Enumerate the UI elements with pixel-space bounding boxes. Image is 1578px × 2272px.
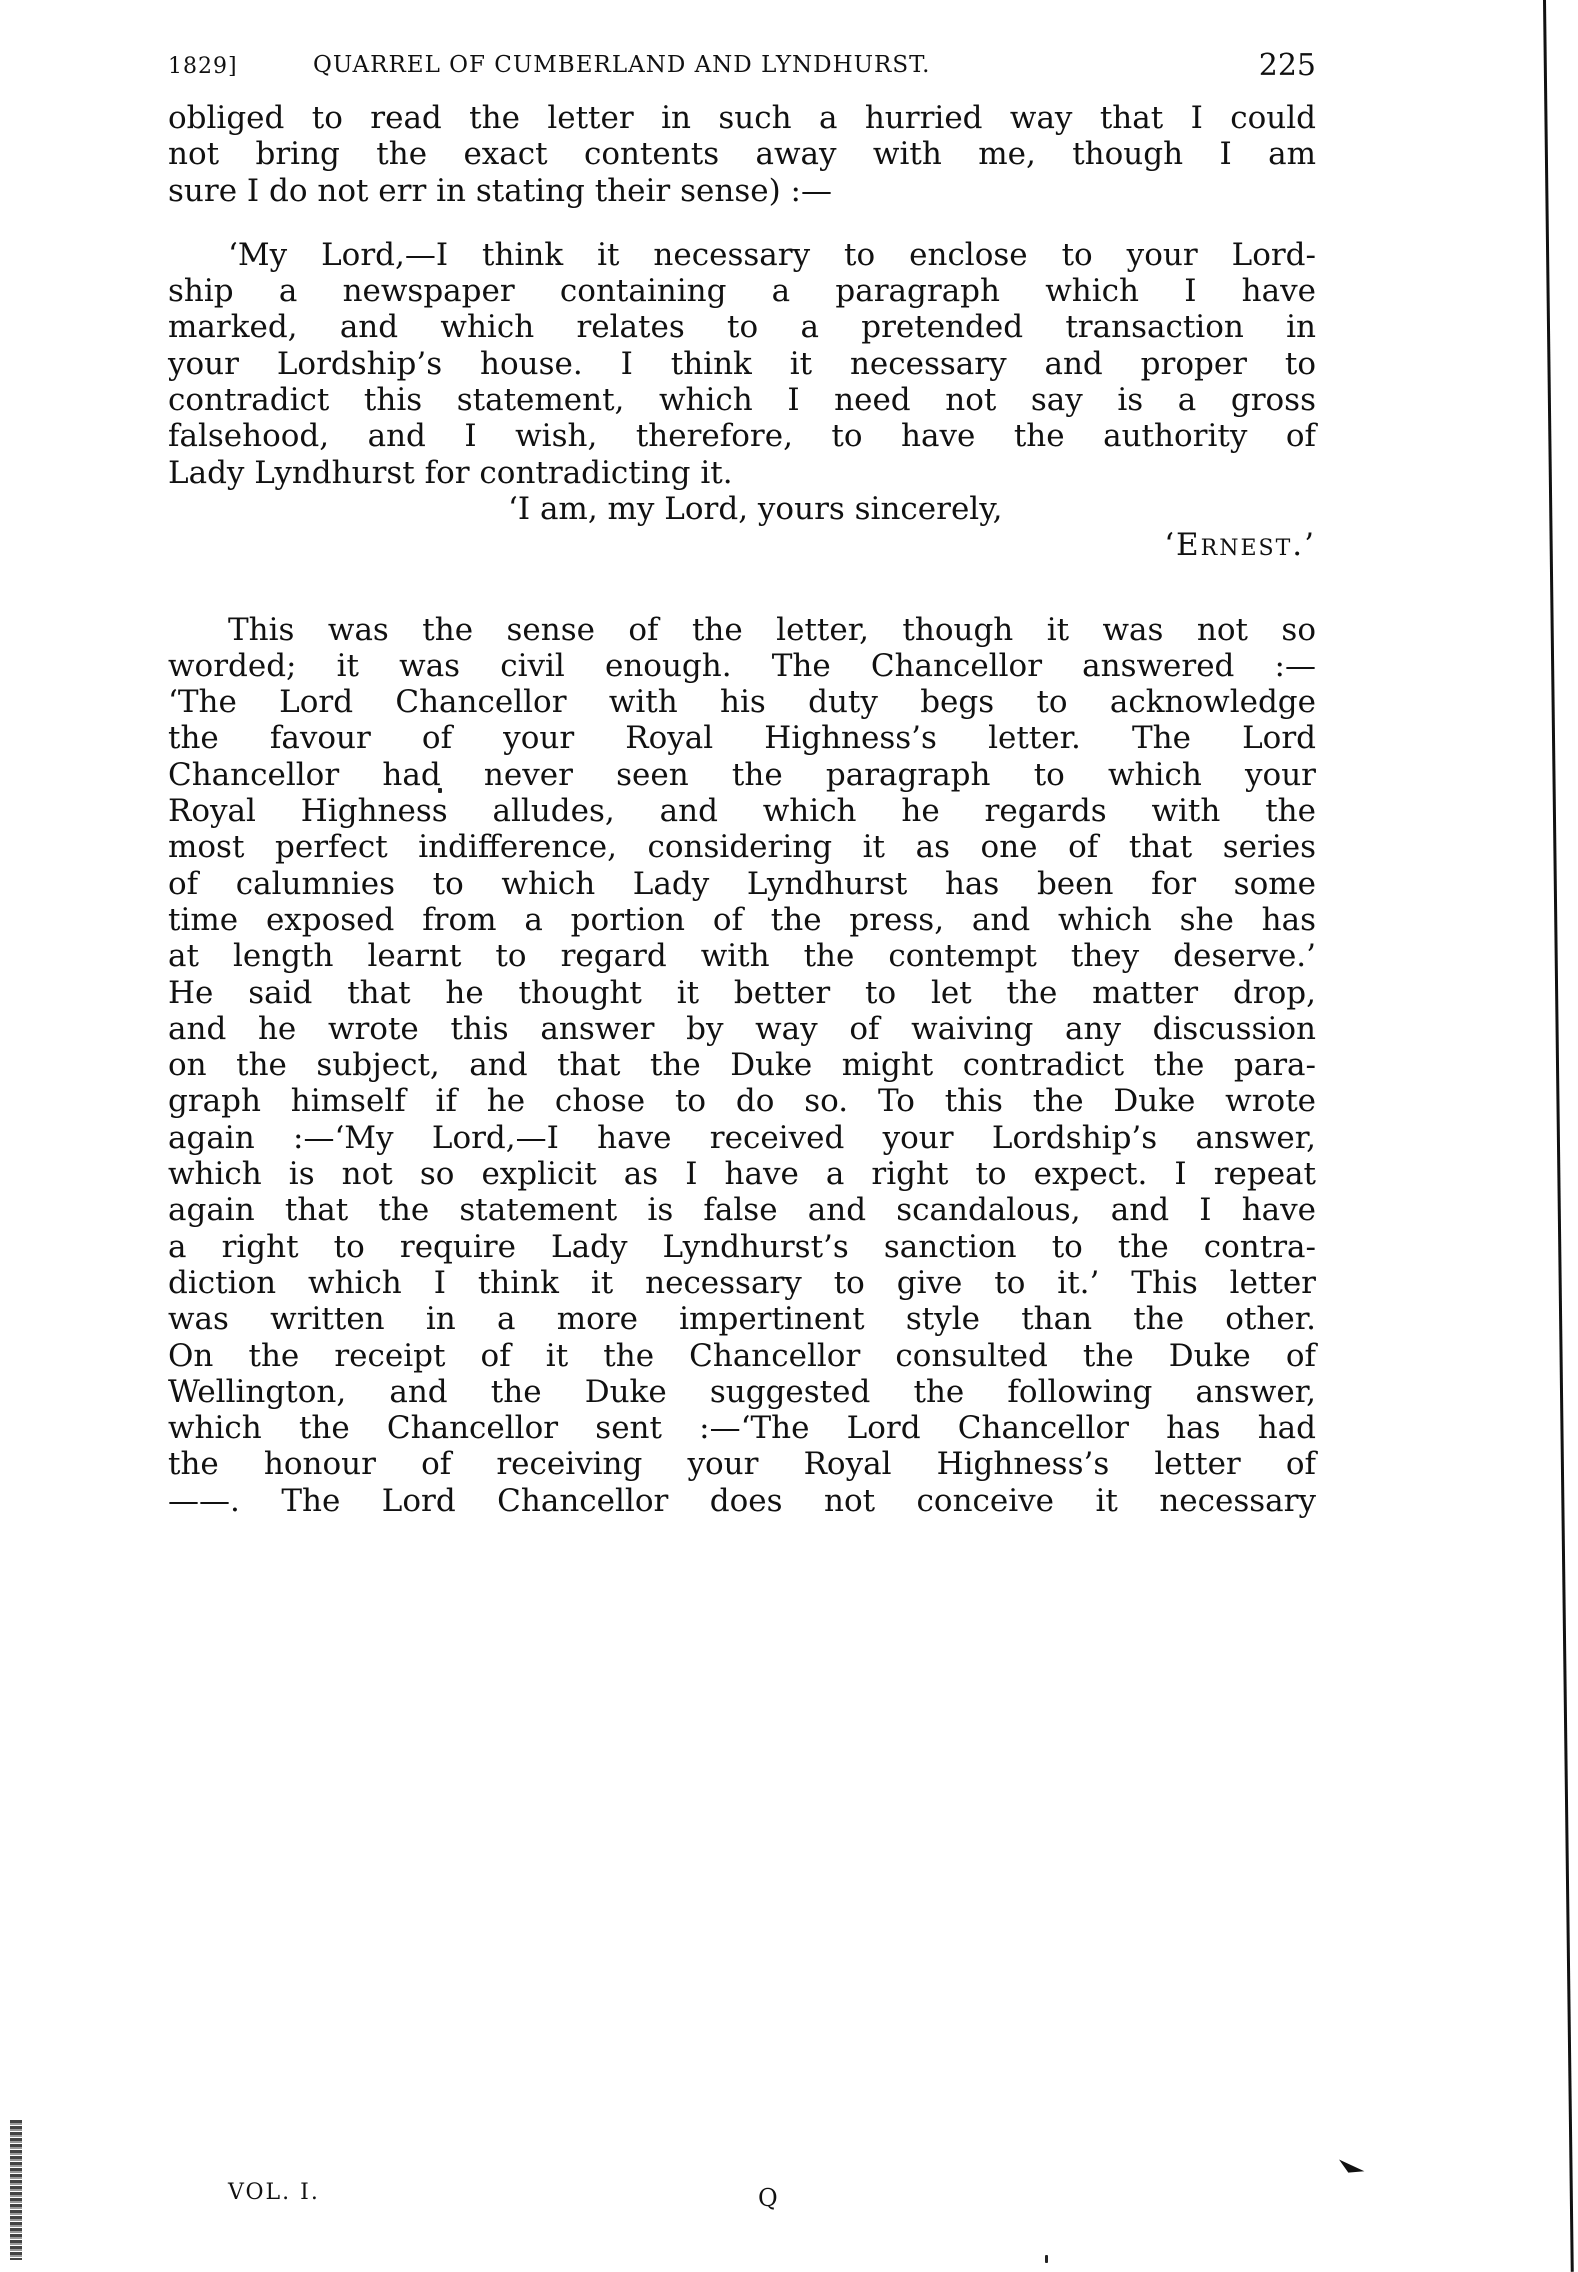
text-line: most perfect indifference, considering i… xyxy=(168,829,1316,865)
running-head: 1829] QUARREL OF CUMBERLAND AND LYNDHURS… xyxy=(168,48,1316,88)
paragraph-main: This was the sense of the letter, though… xyxy=(168,612,1316,1519)
text-line: obliged to read the letter in such a hur… xyxy=(168,100,1316,136)
text-line: the favour of your Royal Highness’s lett… xyxy=(168,720,1316,756)
paragraph-continuation: obliged to read the letter in such a hur… xyxy=(168,100,1316,209)
text-line: which is not so explicit as I have a rig… xyxy=(168,1156,1316,1192)
text-line: graph himself if he chose to do so. To t… xyxy=(168,1083,1316,1119)
text-line: was written in a more impertinent style … xyxy=(168,1301,1316,1337)
text-line: your Lordship’s house. I think it necess… xyxy=(168,346,1316,382)
running-head-title: QUARREL OF CUMBERLAND AND LYNDHURST. xyxy=(313,52,930,78)
text-line: the honour of receiving your Royal Highn… xyxy=(168,1446,1316,1482)
text-line: ‘The Lord Chancellor with his duty begs … xyxy=(168,684,1316,720)
text-line: Lady Lyndhurst for contradicting it. xyxy=(168,455,1316,491)
page-body: obliged to read the letter in such a hur… xyxy=(168,100,1316,1519)
text-line: again that the statement is false and sc… xyxy=(168,1192,1316,1228)
text-line: of calumnies to which Lady Lyndhurst has… xyxy=(168,866,1316,902)
spacer xyxy=(168,209,1316,237)
text-line: He said that he thought it better to let… xyxy=(168,975,1316,1011)
text-line: On the receipt of it the Chancellor cons… xyxy=(168,1338,1316,1374)
text-line: which the Chancellor sent :—‘The Lord Ch… xyxy=(168,1410,1316,1446)
scan-binding-artifact xyxy=(10,2120,22,2260)
text-line: falsehood, and I wish, therefore, to hav… xyxy=(168,418,1316,454)
text-line: This was the sense of the letter, though… xyxy=(168,612,1316,648)
spacer xyxy=(168,564,1316,612)
text-line: worded; it was civil enough. The Chancel… xyxy=(168,648,1316,684)
quoted-letter: ‘My Lord,—I think it necessary to enclos… xyxy=(168,237,1316,564)
scan-ink-mark xyxy=(1336,2159,1365,2178)
page-number: 225 xyxy=(1259,48,1316,83)
text-line: Chancellor had never seen the paragraph … xyxy=(168,757,1316,793)
letter-valediction: ‘I am, my Lord, yours sincerely, xyxy=(168,491,1316,527)
running-head-year: 1829] xyxy=(168,54,238,79)
text-line: ship a newspaper containing a paragraph … xyxy=(168,273,1316,309)
text-line: time exposed from a portion of the press… xyxy=(168,902,1316,938)
text-line: at length learnt to regard with the cont… xyxy=(168,938,1316,974)
text-line: ‘My Lord,—I think it necessary to enclos… xyxy=(168,237,1316,273)
gathering-mark: Q xyxy=(758,2184,778,2212)
text-line: marked, and which relates to a pretended… xyxy=(168,309,1316,345)
text-line: again :—‘My Lord,—I have received your L… xyxy=(168,1120,1316,1156)
text-line: Royal Highness alludes, and which he reg… xyxy=(168,793,1316,829)
text-line: a right to require Lady Lyndhurst’s sanc… xyxy=(168,1229,1316,1265)
text-line: on the subject, and that the Duke might … xyxy=(168,1047,1316,1083)
text-line: diction which I think it necessary to gi… xyxy=(168,1265,1316,1301)
text-line: not bring the exact contents away with m… xyxy=(168,136,1316,172)
letter-signature: ‘Ernest.’ xyxy=(168,527,1316,563)
page-footer: VOL. I. Q xyxy=(168,2170,1316,2220)
scan-edge-line xyxy=(1543,0,1574,2272)
scan-speck xyxy=(1045,2255,1048,2263)
text-line: ——. The Lord Chancellor does not conceiv… xyxy=(168,1483,1316,1519)
text-line: Wellington, and the Duke suggested the f… xyxy=(168,1374,1316,1410)
text-line: contradict this statement, which I need … xyxy=(168,382,1316,418)
text-line: and he wrote this answer by way of waivi… xyxy=(168,1011,1316,1047)
volume-signature: VOL. I. xyxy=(228,2180,320,2205)
text-line: sure I do not err in stating their sense… xyxy=(168,173,1316,209)
